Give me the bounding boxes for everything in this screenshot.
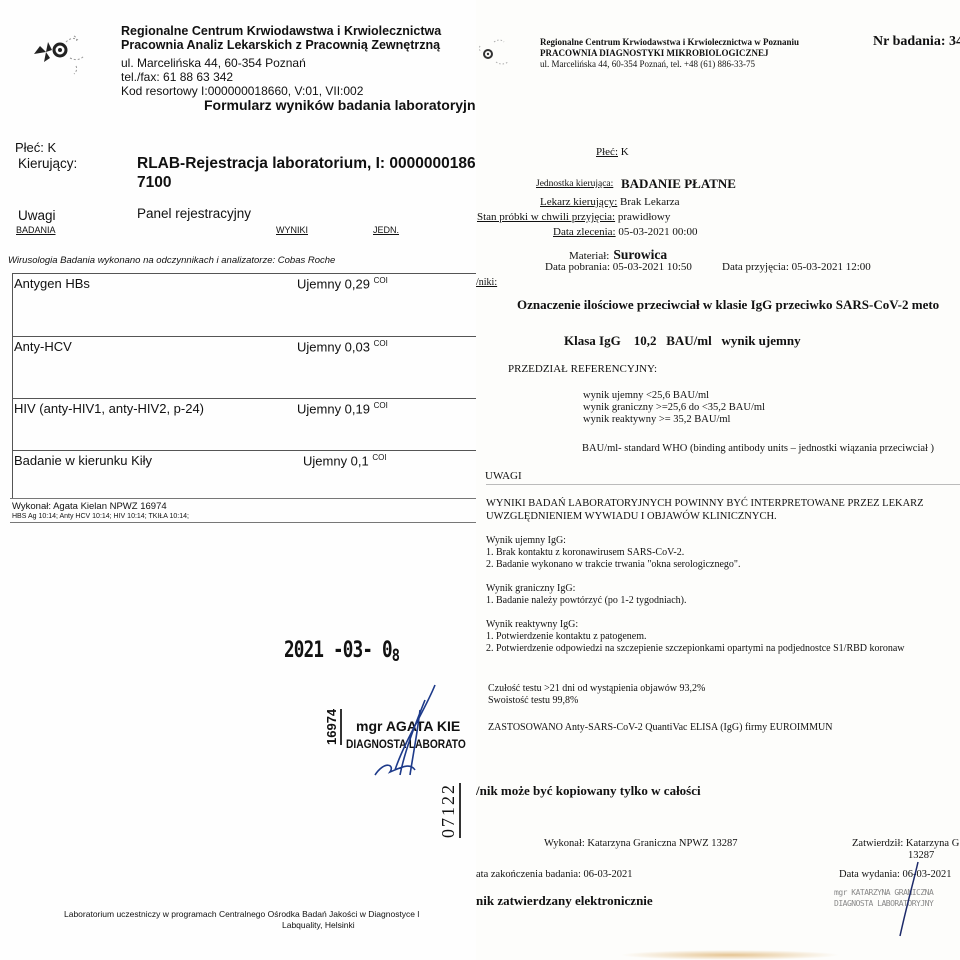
unit-label: Jednostka kierująca: — [536, 179, 613, 189]
result-test-name: Anty-HCV — [14, 339, 72, 354]
electronic-approval-note: nik zatwierdzany elektronicznie — [476, 893, 653, 909]
institution-logo-icon — [30, 28, 90, 78]
referrer-value: RLAB-Rejestracja laboratorium, I: 000000… — [137, 155, 476, 173]
result-interpretation: wynik ujemny — [721, 333, 800, 348]
sample-state-label: Stan próbki w chwili przyjęcia: — [477, 211, 615, 223]
result-unit: COI — [374, 339, 388, 348]
sample-state-value: prawidłowy — [618, 211, 671, 223]
sample-state-field: Stan próbki w chwili przyjęcia: prawidło… — [477, 211, 670, 223]
specificity: Swoistość testu 99,8% — [488, 695, 705, 707]
divider — [10, 522, 476, 523]
method-note: ZASTOSOWANO Anty-SARS-CoV-2 QuantiVac EL… — [488, 722, 832, 733]
unit-note: BAU/ml- standard WHO (binding antibody u… — [582, 443, 934, 454]
right-lab-report: Regionalne Centrum Krwiodawstwa i Krwiol… — [476, 0, 960, 960]
interpretation-title: Wynik reaktywny IgG: — [486, 619, 905, 631]
results-label: /niki: — [476, 277, 497, 288]
interpretation-title: Wynik ujemny IgG: — [486, 535, 905, 547]
interpretation-item: 2. Potwierdzenie odpowiedzi na szczepien… — [486, 643, 905, 655]
interpretation-group: Wynik reaktywny IgG:1. Potwierdzenie kon… — [486, 619, 905, 655]
warning-line2: UWZGLĘDNIENIEM WYWIADU I OBJAWÓW KLINICZ… — [486, 510, 924, 523]
result-value: 10,2 — [634, 333, 657, 348]
material-value: Surowica — [613, 247, 667, 262]
reference-range-reactive: wynik reaktywny >= 35,2 BAU/ml — [583, 414, 765, 426]
col-header-results: WYNIKI — [276, 225, 308, 235]
institution-logo-icon — [476, 32, 516, 72]
date-stamp: 2021 -03- 08 — [284, 638, 399, 666]
approved-by: Zatwierdził: Katarzyna G — [852, 838, 959, 849]
interpretation-group: Wynik graniczny IgG:1. Badanie należy po… — [486, 583, 905, 607]
org-name-line1: Regionalne Centrum Krwiodawstwa i Krwiol… — [540, 37, 799, 47]
footer-line1: Laboratorium uczestniczy w programach Ce… — [64, 909, 419, 919]
result-test-name: Badanie w kierunku Kiły — [14, 453, 152, 468]
reference-label: PRZEDZIAŁ REFERENCYJNY: — [508, 363, 657, 375]
result-value: Ujemny 0,1 COI — [303, 453, 387, 468]
result-value-text: Ujemny 0,1 — [303, 453, 369, 468]
test-performance: Czułość testu >21 dni od wystąpienia obj… — [488, 683, 705, 707]
result-test-name: HIV (anty-HIV1, anty-HIV2, p-24) — [14, 401, 204, 416]
order-date-value: 05-03-2021 00:00 — [618, 226, 697, 238]
interpretation-item: 1. Potwierdzenie kontaktu z patogenem. — [486, 631, 905, 643]
org-name-line1: Regionalne Centrum Krwiodawstwa i Krwiol… — [121, 24, 441, 38]
result-value: Ujemny 0,29 COI — [297, 276, 388, 291]
reference-ranges: wynik ujemny <25,6 BAU/ml wynik graniczn… — [583, 390, 765, 426]
dept-code: Kod resortowy I:000000018660, V:01, VII:… — [121, 84, 363, 98]
result-unit: BAU/ml — [666, 333, 712, 348]
doctor-value: Brak Lekarza — [620, 196, 680, 208]
result-row: Badanie w kierunku KiłyUjemny 0,1 COI — [12, 450, 476, 499]
result-row: Antygen HBsUjemny 0,29 COI — [12, 273, 476, 337]
interpretation-list: Wynik ujemny IgG:1. Brak kontaktu z koro… — [486, 535, 905, 667]
receipt-date: Data przyjęcia: 05-03-2021 12:00 — [722, 261, 871, 273]
interpretation-item: 2. Badanie wykonano w trakcie trwania "o… — [486, 559, 905, 571]
collection-date: Data pobrania: 05-03-2021 10:50 — [545, 261, 692, 273]
completion-date: ata zakończenia badania: 06-03-2021 — [476, 869, 633, 880]
notes-label: UWAGI — [485, 470, 522, 482]
patient-sex: Płeć: K — [15, 140, 56, 155]
org-name-line2: PRACOWNIA DIAGNOSTYKI MIKROBIOLOGICZNEJ — [540, 48, 769, 58]
result-value-text: Ujemny 0,19 — [297, 401, 370, 416]
order-date-label: Data zlecenia: — [553, 226, 616, 238]
result-test-name: Antygen HBs — [14, 276, 90, 291]
interpretation-item: 1. Brak kontaktu z koronawirusem SARS-Co… — [486, 547, 905, 559]
footer-line2: Labquality, Helsinki — [282, 920, 355, 930]
org-phone: tel./fax: 61 88 63 342 — [121, 70, 233, 84]
doctor-label: Lekarz kierujący: — [540, 196, 617, 208]
interpretation-title: Wynik graniczny IgG: — [486, 583, 905, 595]
result-value: Ujemny 0,19 COI — [297, 401, 388, 416]
second-stamp-number: 07122 — [438, 783, 461, 838]
scan-edge-bottom — [620, 950, 840, 960]
copy-note: /nik może być kopiowany tylko w całości — [476, 783, 701, 799]
notes-label: Uwagi — [18, 208, 56, 223]
result-row: HIV (anty-HIV1, anty-HIV2, p-24)Ujemny 0… — [12, 398, 476, 451]
reference-range-borderline: wynik graniczny >=25,6 do <35,2 BAU/ml — [583, 402, 765, 414]
result-value: Ujemny 0,03 COI — [297, 339, 388, 354]
result-class: Klasa IgG — [564, 333, 621, 348]
sex-label: Płeć: — [596, 146, 618, 158]
main-result: Klasa IgG 10,2 BAU/ml wynik ujemny — [564, 333, 801, 349]
date-stamp-main: 2021 -03- 0 — [284, 638, 392, 663]
divider — [486, 484, 960, 485]
referrer-value-cont: 7100 — [137, 174, 171, 192]
warning-line1: WYNIKI BADAŃ LABORATORYJNYCH POWINNY BYĆ… — [486, 497, 924, 510]
sensitivity: Czułość testu >21 dni od wystąpienia obj… — [488, 683, 705, 695]
result-unit: COI — [372, 453, 386, 462]
org-address: ul. Marcelińska 44, 60-354 Poznań, tel. … — [540, 59, 755, 69]
result-value-text: Ujemny 0,29 — [297, 276, 370, 291]
org-name-line2: Pracownia Analiz Lekarskich z Pracownią … — [121, 38, 440, 52]
col-header-units: JEDN. — [373, 225, 399, 235]
form-title: Formularz wyników badania laboratoryjneg — [204, 97, 476, 113]
stamp-license-number: 16974 — [324, 709, 342, 745]
sex-value: K — [621, 146, 629, 158]
test-times: HBS Ag 10:14; Anty HCV 10:14; HIV 10:14;… — [12, 513, 189, 520]
referrer-label: Kierujący: — [18, 156, 77, 171]
result-row: Anty-HCVUjemny 0,03 COI — [12, 336, 476, 399]
left-lab-report: Regionalne Centrum Krwiodawstwa i Krwiol… — [0, 0, 476, 960]
date-stamp-day: 8 — [392, 646, 399, 666]
unit-value: BADANIE PŁATNE — [621, 176, 736, 192]
signature-icon — [365, 680, 465, 790]
notes-value: Panel rejestracyjny — [137, 206, 251, 221]
test-number: Nr badania: 34 — [873, 34, 960, 50]
section-note: Wirusologia Badania wykonano na odczynni… — [8, 255, 335, 266]
doctor-field: Lekarz kierujący: Brak Lekarza — [540, 196, 680, 208]
result-unit: COI — [374, 401, 388, 410]
result-value-text: Ujemny 0,03 — [297, 339, 370, 354]
reference-range-negative: wynik ujemny <25,6 BAU/ml — [583, 390, 765, 402]
performed-by: Wykonał: Agata Kielan NPWZ 16974 — [12, 501, 167, 512]
order-date-field: Data zlecenia: 05-03-2021 00:00 — [553, 226, 698, 238]
interpretation-warning: WYNIKI BADAŃ LABORATORYJNYCH POWINNY BYĆ… — [486, 497, 924, 523]
org-address: ul. Marcelińska 44, 60-354 Poznań — [121, 56, 306, 70]
approval-signature-icon — [892, 860, 922, 940]
sex-field: Płeć: K — [596, 146, 629, 158]
test-title: Oznaczenie ilościowe przeciwciał w klasi… — [517, 297, 939, 313]
col-header-tests: BADANIA — [16, 225, 56, 235]
result-unit: COI — [374, 276, 388, 285]
interpretation-item: 1. Badanie należy powtórzyć (po 1-2 tygo… — [486, 595, 905, 607]
interpretation-group: Wynik ujemny IgG:1. Brak kontaktu z koro… — [486, 535, 905, 571]
performed-by: Wykonał: Katarzyna Graniczna NPWZ 13287 — [544, 838, 738, 849]
